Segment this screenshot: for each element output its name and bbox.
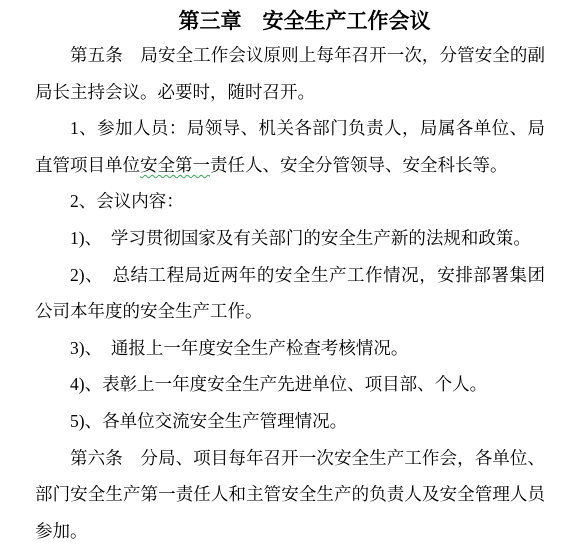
- text-line: 直管项目单位安全第一责任人、安全分管领导、安全科长等。: [35, 147, 545, 184]
- text-line: 参加。: [35, 513, 545, 549]
- document-content: 第三章 安全生产工作会议 第五条 局安全工作会议原则上每年召开一次，分管安全的副…: [0, 0, 579, 549]
- text-line: 3)、 通报上一年度安全生产检查考核情况。: [35, 330, 545, 367]
- text-line: 第六条 分局、项目每年召开一次安全生产工作会，各单位、: [35, 440, 545, 477]
- text-segment: 2、会议内容：: [70, 191, 184, 211]
- text-line: 局长主持会议。必要时，随时召开。: [35, 74, 545, 111]
- text-segment: 1、参加人员：局领导、机关各部门负责人，局属各单位、局: [70, 118, 545, 138]
- text-segment: 部门安全生产第一责任人和主管安全生产的负责人及安全管理人员: [35, 484, 545, 504]
- text-line: 5)、各单位交流安全生产管理情况。: [35, 403, 545, 440]
- text-line: 公司本年度的安全生产工作。: [35, 293, 545, 330]
- text-segment: 5)、各单位交流安全生产管理情况。: [70, 411, 347, 431]
- document-page: 第三章 安全生产工作会议 第五条 局安全工作会议原则上每年召开一次，分管安全的副…: [0, 0, 579, 549]
- text-segment: 参加。: [35, 521, 88, 541]
- text-segment: 3)、 通报上一年度安全生产检查考核情况。: [70, 338, 408, 358]
- text-segment: 第六条 分局、项目每年召开一次安全生产工作会，各单位、: [70, 448, 545, 468]
- text-line: 2)、 总结工程局近两年的安全生产工作情况，安排部署集团: [35, 257, 545, 294]
- text-line: 1)、 学习贯彻国家及有关部门的安全生产新的法规和政策。: [35, 220, 545, 257]
- text-segment: 1)、 学习贯彻国家及有关部门的安全生产新的法规和政策。: [70, 228, 531, 248]
- document-body: 第五条 局安全工作会议原则上每年召开一次，分管安全的副局长主持会议。必要时，随时…: [35, 37, 545, 549]
- text-segment: 2)、 总结工程局近两年的安全生产工作情况，安排部署集团: [70, 265, 545, 285]
- text-line: 1、参加人员：局领导、机关各部门负责人，局属各单位、局: [35, 110, 545, 147]
- text-line: 第五条 局安全工作会议原则上每年召开一次，分管安全的副: [35, 37, 545, 74]
- text-line: 4)、表彰上一年度安全生产先进单位、项目部、个人。: [35, 366, 545, 403]
- text-line: 部门安全生产第一责任人和主管安全生产的负责人及安全管理人员: [35, 476, 545, 513]
- text-segment: 第五条 局安全工作会议原则上每年召开一次，分管安全的副: [70, 45, 545, 65]
- text-segment: 公司本年度的安全生产工作。: [35, 301, 263, 321]
- text-segment: 责任人、安全分管领导、安全科长等。: [210, 155, 508, 175]
- spellcheck-flagged-text: 安全第一: [140, 155, 210, 175]
- document-title: 第三章 安全生产工作会议: [35, 0, 545, 37]
- text-line: 2、会议内容：: [35, 183, 545, 220]
- text-segment: 直管项目单位: [35, 155, 140, 175]
- text-segment: 4)、表彰上一年度安全生产先进单位、项目部、个人。: [70, 374, 487, 394]
- text-segment: 局长主持会议。必要时，随时召开。: [35, 82, 315, 102]
